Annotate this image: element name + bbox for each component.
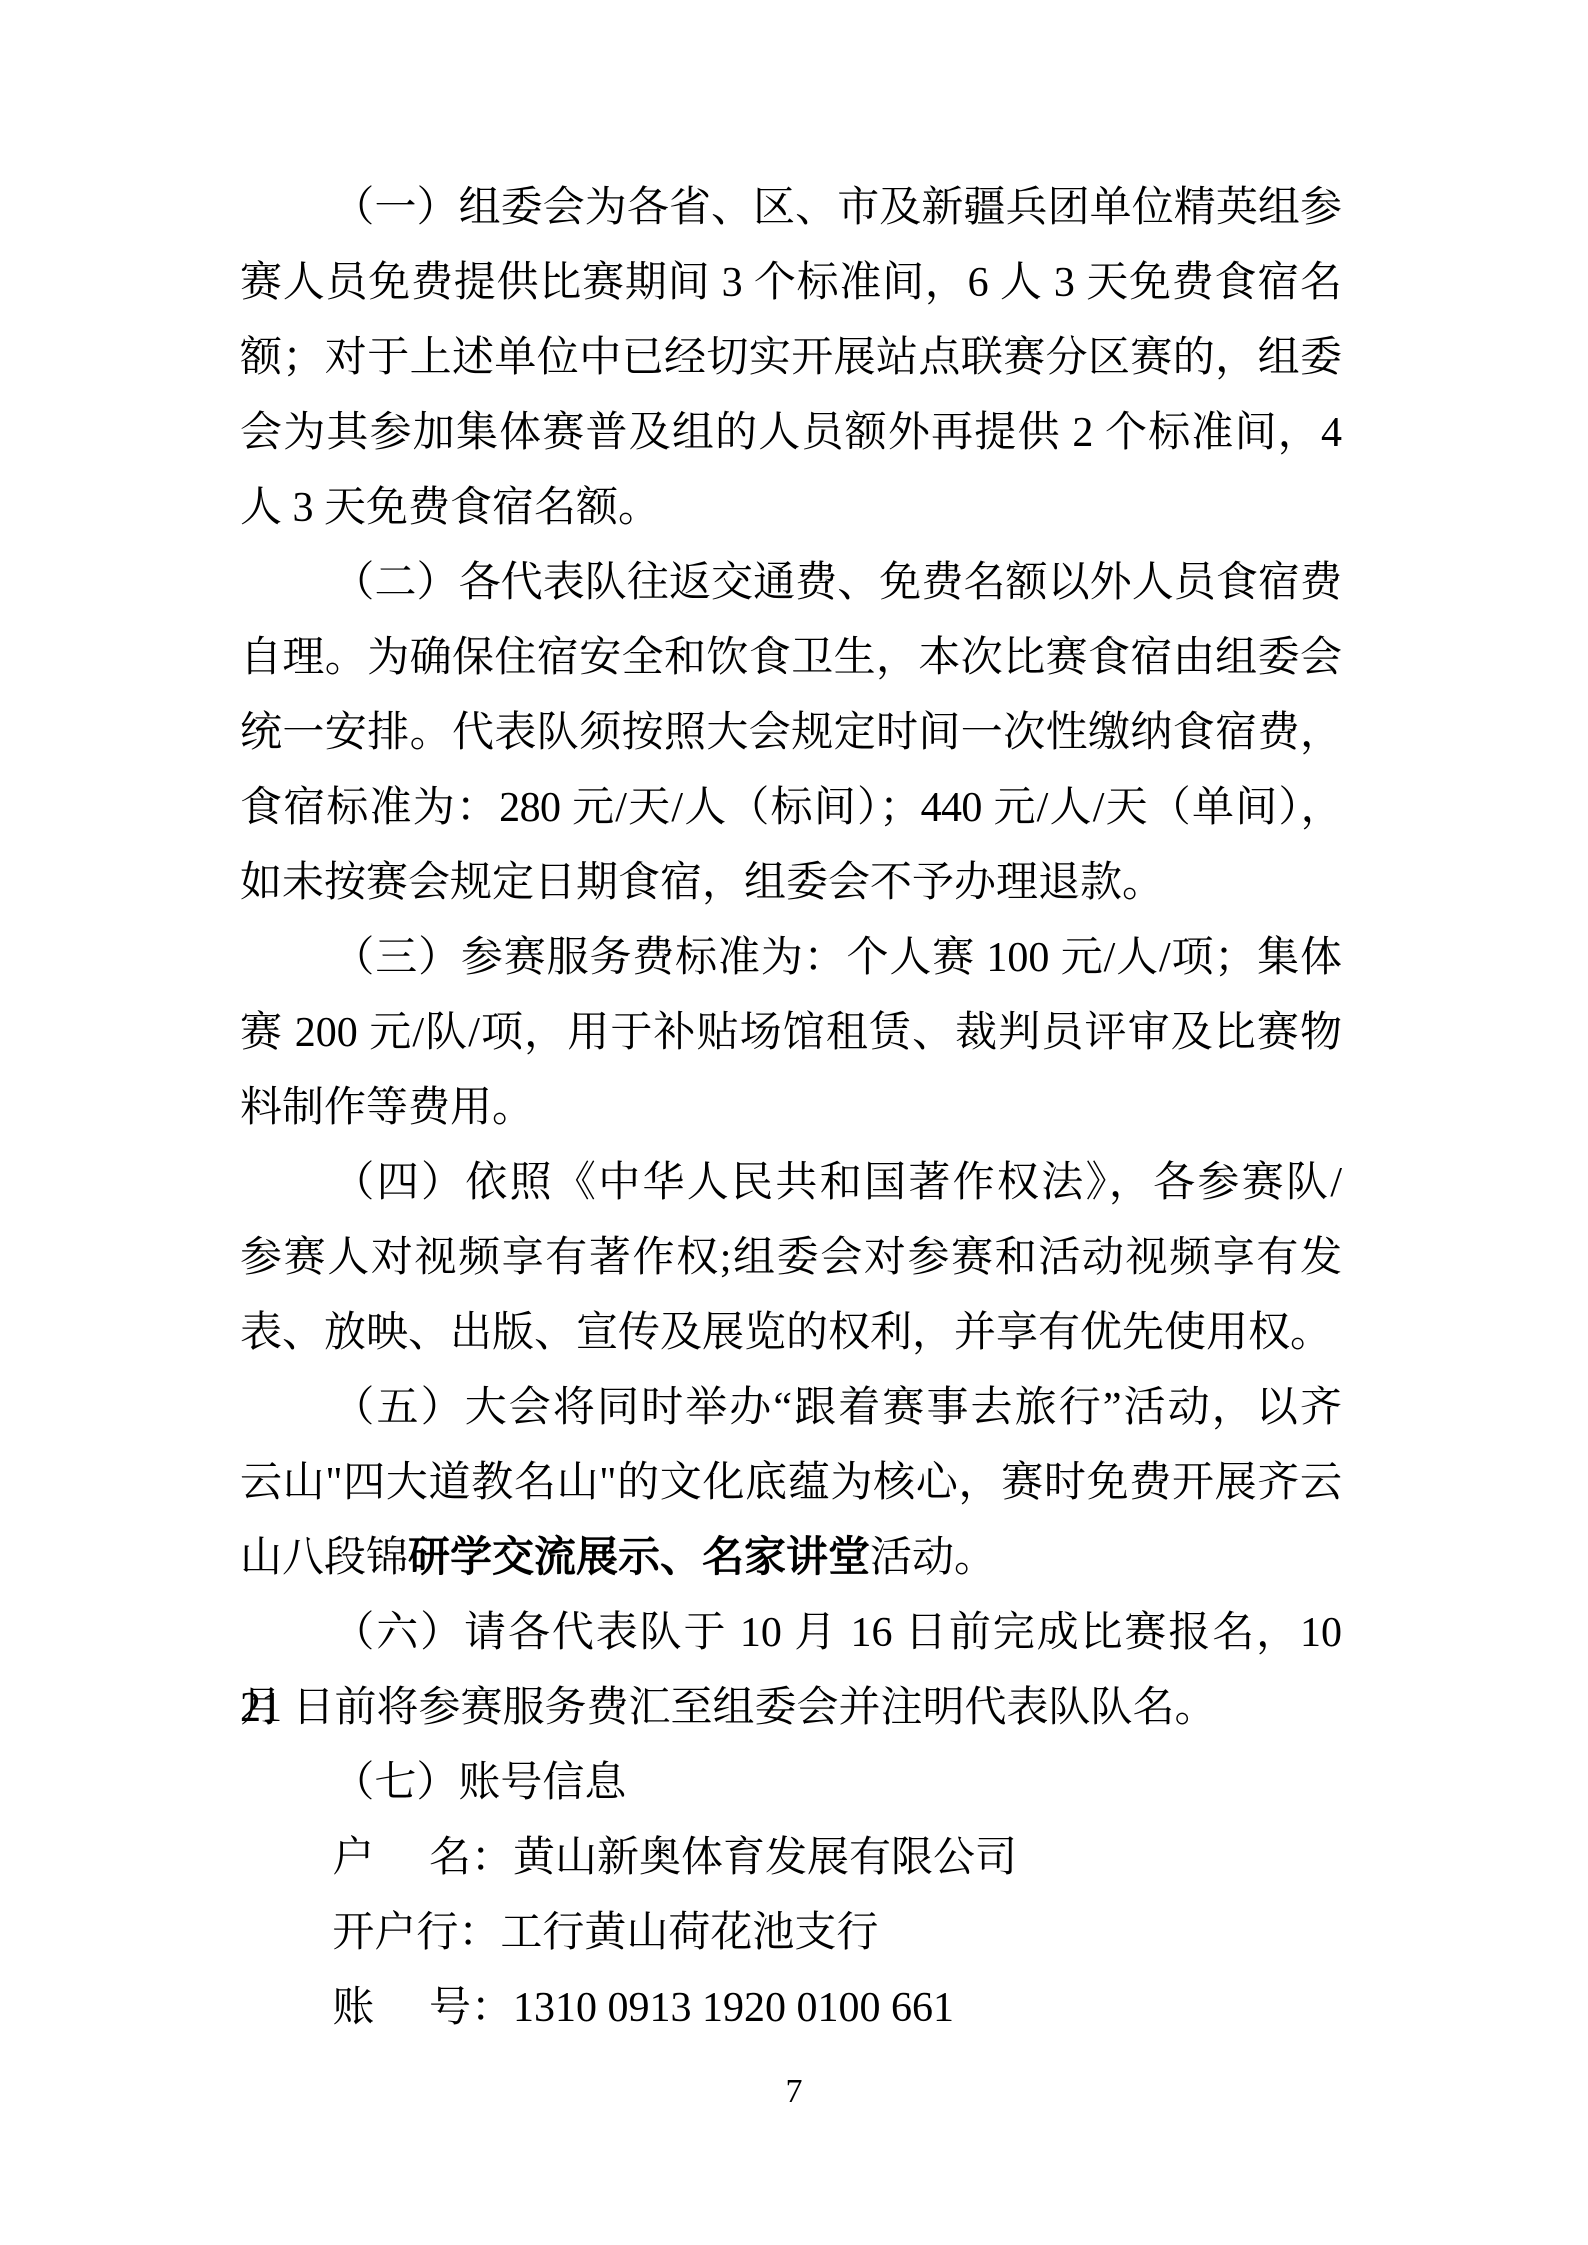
- clause-4-line-2: 参赛人对视频享有著作权;组委会对参赛和活动视频享有发: [240, 1221, 1342, 1296]
- clause-4-line-1: （四）依照《中华人民共和国著作权法》，各参赛队/: [240, 1146, 1342, 1221]
- clause-2-line-2: 自理。为确保住宿安全和饮食卫生，本次比赛食宿由组委会: [240, 621, 1342, 696]
- account-number-line: 账号：1310 0913 1920 0100 661: [240, 1971, 1342, 2046]
- page-number: 7: [0, 2072, 1588, 2112]
- clause-3-line-1: （三）参赛服务费标准为：个人赛 100 元/人/项；集体: [240, 921, 1342, 996]
- account-bank-label: 开户行: [332, 1910, 458, 1956]
- clause-3-line-3: 料制作等费用。: [240, 1071, 1342, 1146]
- clause-7-heading: （七）账号信息: [240, 1746, 1342, 1821]
- clause-1-line-5: 人 3 天免费食宿名额。: [240, 471, 1342, 546]
- clause-5-line-3-text-end: 活动。: [870, 1535, 996, 1581]
- clause-1-line-4: 会为其参加集体赛普及组的人员额外再提供 2 个标准间，4: [240, 396, 1342, 471]
- clause-1-line-3: 额；对于上述单位中已经切实开展站点联赛分区赛的，组委: [240, 321, 1342, 396]
- account-number-colon: ：: [471, 1985, 513, 2031]
- clause-5-line-3-bold-text: 研学交流展示、名家讲堂: [408, 1535, 870, 1581]
- clause-5-line-2: 云山"四大道教名山"的文化底蕴为核心，赛时免费开展齐云: [240, 1446, 1342, 1521]
- clause-2-line-4: 食宿标准为：280 元/天/人（标间）；440 元/人/天（单间），: [240, 771, 1342, 846]
- account-bank-colon: ：: [458, 1910, 500, 1956]
- clause-4-line-3: 表、放映、出版、宣传及展览的权利，并享有优先使用权。: [240, 1296, 1342, 1371]
- clause-6-line-2: 21 日前将参赛服务费汇至组委会并注明代表队队名。: [240, 1671, 1342, 1746]
- clause-2-line-1: （二）各代表队往返交通费、免费名额以外人员食宿费: [240, 546, 1342, 621]
- clause-1-line-1: （一）组委会为各省、区、市及新疆兵团单位精英组参: [240, 171, 1342, 246]
- account-number-label: 账号: [332, 1971, 471, 2046]
- account-name-colon: ：: [471, 1835, 513, 1881]
- clause-1-line-2: 赛人员免费提供比赛期间 3 个标准间，6 人 3 天免费食宿名: [240, 246, 1342, 321]
- clause-2-line-5: 如未按赛会规定日期食宿，组委会不予办理退款。: [240, 846, 1342, 921]
- account-bank-line: 开户行：工行黄山荷花池支行: [240, 1896, 1342, 1971]
- clause-6-line-1: （六）请各代表队于 10 月 16 日前完成比赛报名，10 月: [240, 1596, 1342, 1671]
- document-body: （一）组委会为各省、区、市及新疆兵团单位精英组参 赛人员免费提供比赛期间 3 个…: [240, 171, 1342, 2046]
- account-bank-value: 工行黄山荷花池支行: [500, 1910, 878, 1956]
- clause-5-line-3: 山八段锦研学交流展示、名家讲堂活动。: [240, 1521, 1342, 1596]
- account-number-value: 1310 0913 1920 0100 661: [513, 1985, 954, 2031]
- clause-5-line-1: （五）大会将同时举办“跟着赛事去旅行”活动，以齐: [240, 1371, 1342, 1446]
- account-name-value: 黄山新奥体育发展有限公司: [513, 1835, 1017, 1881]
- clause-2-line-3: 统一安排。代表队须按照大会规定时间一次性缴纳食宿费，: [240, 696, 1342, 771]
- account-name-label: 户名: [332, 1821, 471, 1896]
- account-name-line: 户名：黄山新奥体育发展有限公司: [240, 1821, 1342, 1896]
- document-page: （一）组委会为各省、区、市及新疆兵团单位精英组参 赛人员免费提供比赛期间 3 个…: [0, 0, 1588, 2245]
- clause-3-line-2: 赛 200 元/队/项，用于补贴场馆租赁、裁判员评审及比赛物: [240, 996, 1342, 1071]
- clause-5-line-3-text: 山八段锦: [240, 1535, 408, 1581]
